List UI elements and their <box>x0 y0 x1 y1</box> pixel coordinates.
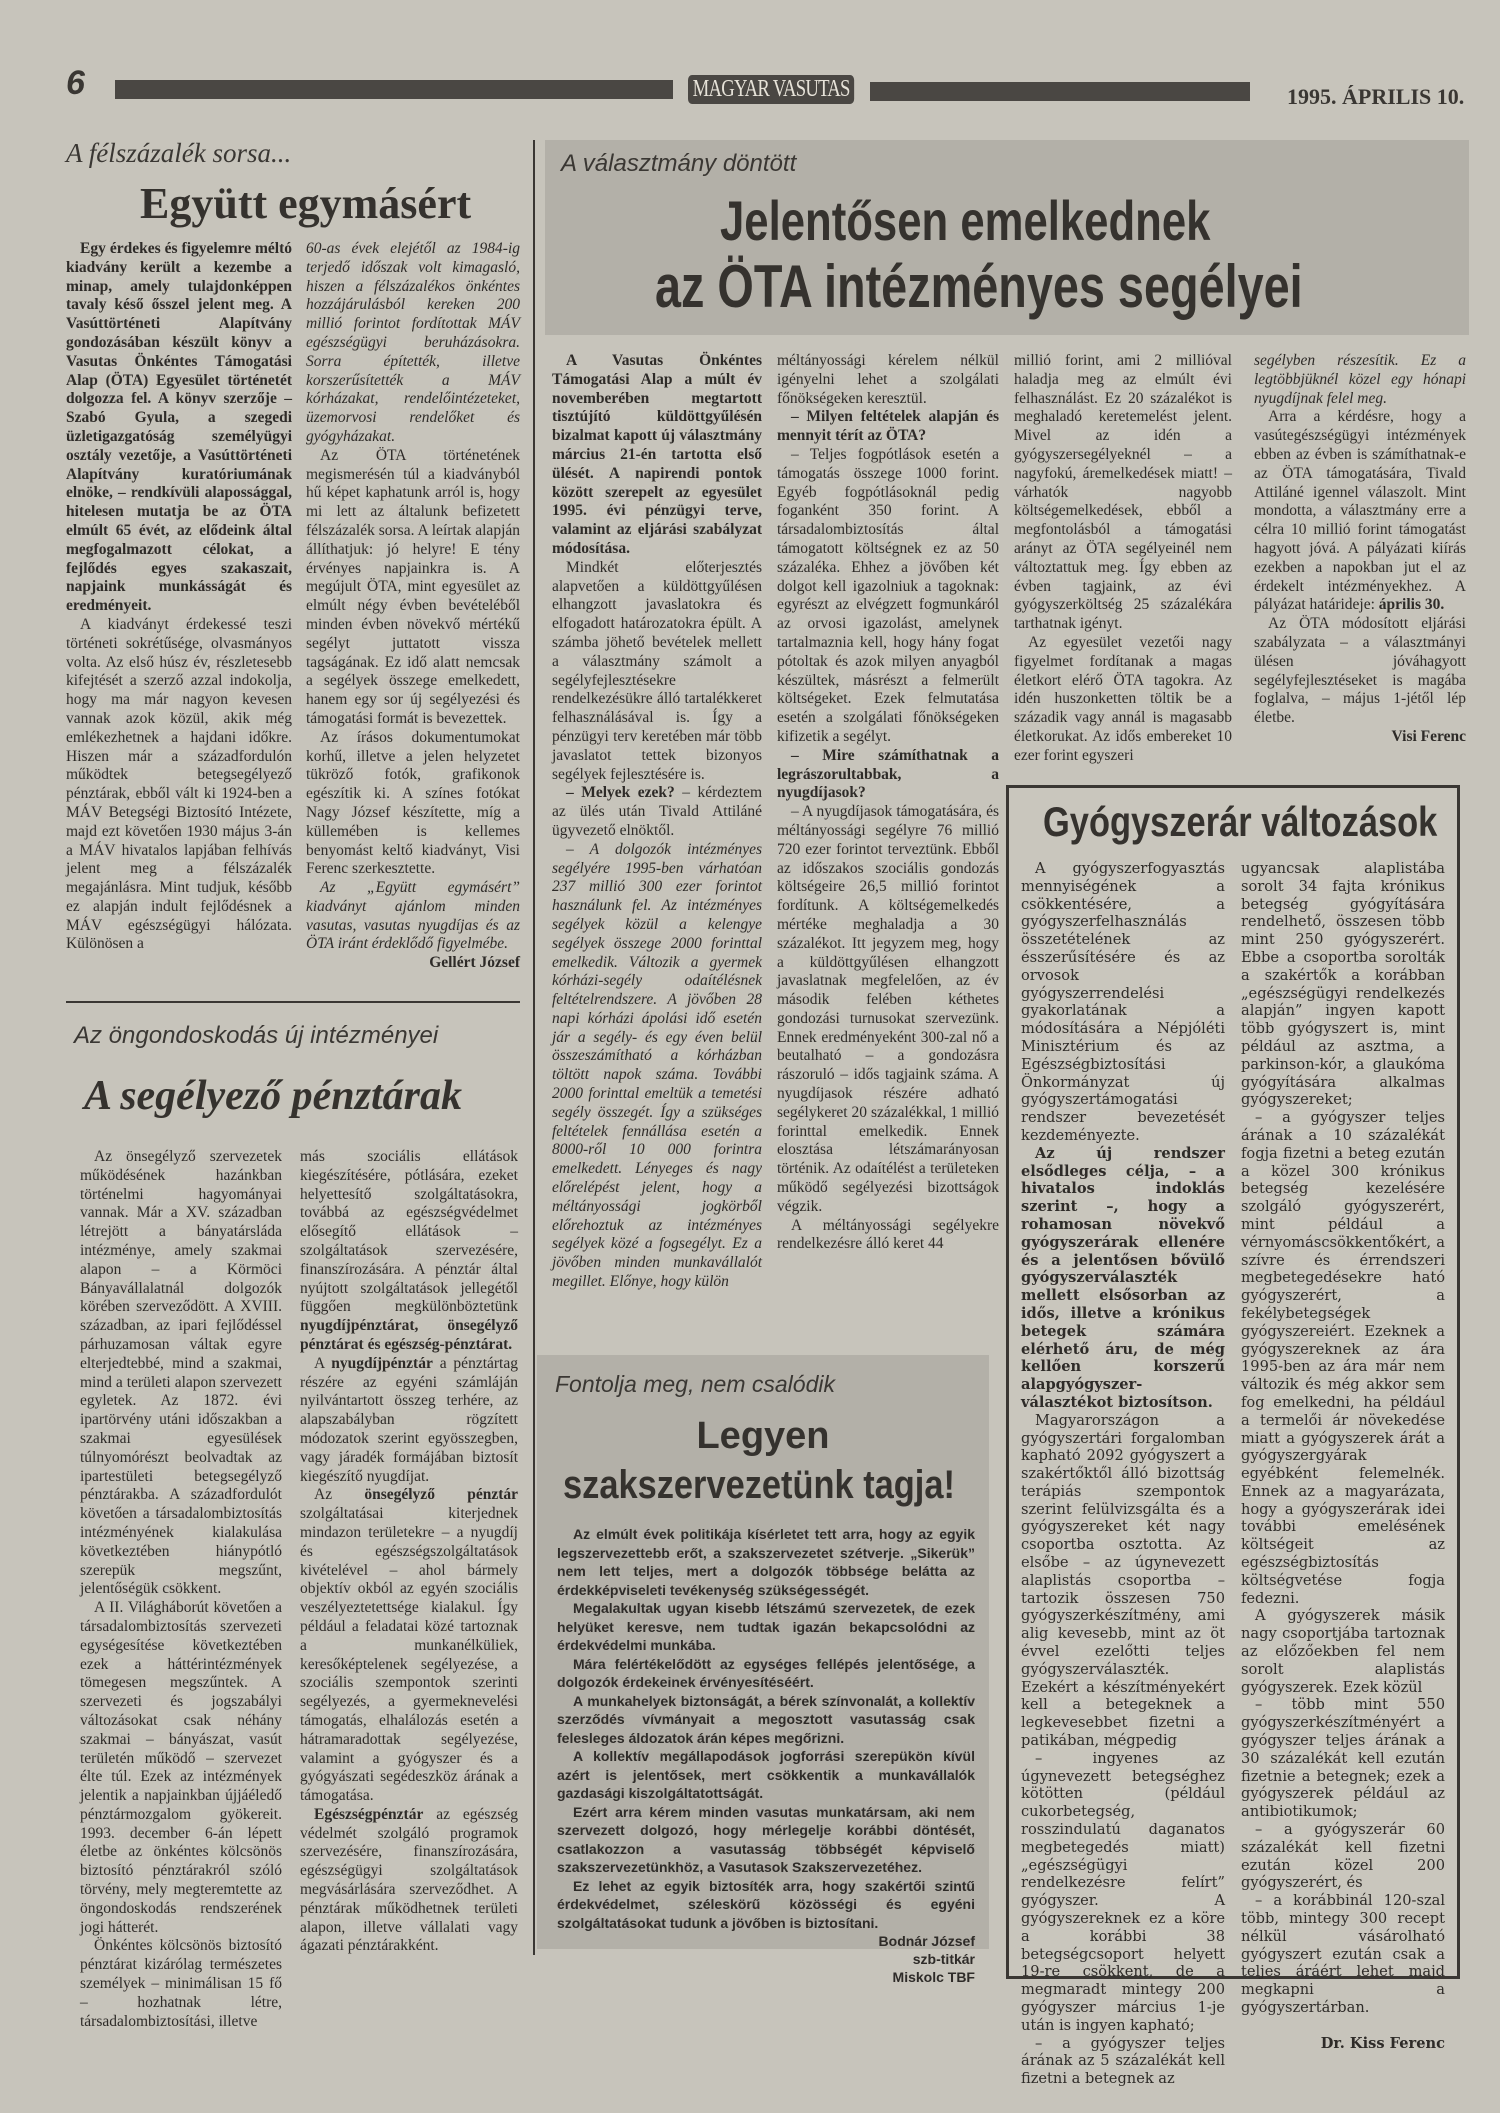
article3-paragraph: millió forint, ami 2 millióval haladja m… <box>1014 352 1232 634</box>
article3-deadline: április 30. <box>1379 596 1444 613</box>
article1-kicker: A félszázalék sorsa... <box>66 138 291 169</box>
article4-paragraph: Az elmúlt évek politikája kísérletet tet… <box>557 1525 975 1599</box>
article1-author: Gellért József <box>306 954 520 973</box>
article3-paragraph: Az ÖTA módosított eljárási szabályzata –… <box>1254 615 1466 728</box>
article4-paragraph: A kollektív megállapodások jogforrási sz… <box>557 1747 975 1803</box>
article2-paragraph: A II. Világháborút követően a társadalom… <box>80 1599 282 1937</box>
article4-paragraph: Megalakultak ugyan kisebb létszámú szerv… <box>557 1599 975 1655</box>
article4-paragraph: Ezért arra kérem minden vasutas munkatár… <box>557 1803 975 1877</box>
article2-paragraph: Önkéntes kölcsönös biztosító pénztárat k… <box>80 1937 282 2031</box>
article3-text: Arra a kérdésre, hogy a vasútegészségügy… <box>1254 408 1466 613</box>
article4-kicker: Fontolja meg, nem csalódik <box>555 1371 835 1398</box>
article4-paragraph: Mára felértékelődött az egységes fellépé… <box>557 1655 975 1692</box>
column-divider <box>533 140 535 1955</box>
article4-author-name: Bodnár József <box>557 1932 975 1950</box>
article5-paragraph: Magyarországon a gyógyszertári forgalomb… <box>1021 1412 1225 1750</box>
article2-column-1: Az önsegélyző szervezetek működésének ha… <box>80 1148 282 2031</box>
article5-author: Dr. Kiss Ferenc <box>1241 2035 1445 2053</box>
article3-answer: – Teljes fogpótlások esetén a támogatás … <box>777 446 999 747</box>
article2-term-pension-fund: nyugdíjpénztár <box>331 1355 433 1372</box>
article3-paragraph: Mindkét előterjesztés alapvetően a küldö… <box>552 559 762 785</box>
article1-column-2: 60-as évek elejétől az 1984-ig terjedő i… <box>306 240 520 973</box>
article2-title: A segélyező pénztárak <box>84 1072 462 1120</box>
article5-paragraph: A gyógyszerfogyasztás mennyiségének a cs… <box>1021 860 1225 1145</box>
article5-paragraph: A gyógyszerek másik nagy csoportjába tar… <box>1241 1607 1445 1696</box>
article1-column-1: Egy érdekes és figyelemre méltó kiadvány… <box>66 240 292 954</box>
article3-paragraph: A méltányossági segélyekre rendelkezésre… <box>777 1217 999 1255</box>
article1-paragraph: 60-as évek elejétől az 1984-ig terjedő i… <box>306 240 520 447</box>
article5-paragraph: Az új rendszer elsődleges célja, – a hiv… <box>1021 1145 1225 1412</box>
section-divider <box>66 1001 520 1003</box>
article4-title-line2: szakszervezetünk tagja! <box>563 1463 955 1508</box>
article5-paragraph: – a gyógyszerár 60 százalékát kell fizet… <box>1241 1821 1445 1892</box>
article3-paragraph: segélyben részesítik. Ez a legtöbbjüknél… <box>1254 352 1466 408</box>
article4-paragraph: A munkahelyek biztonságát, a bérek színv… <box>557 1692 975 1748</box>
article1-paragraph: A kiadványt érdekessé teszi történeti so… <box>66 616 292 954</box>
page-number: 6 <box>66 64 85 103</box>
article3-headline-box: A választmány döntött Jelentősen emelked… <box>545 140 1469 335</box>
issue-date: 1995. ÁPRILIS 10. <box>1287 84 1464 110</box>
article4-author-org: Miskolc TBF <box>557 1968 975 1986</box>
article2-fund-types: nyugdíjpénztárat, önsegélyző pénztárat é… <box>300 1317 518 1353</box>
article3-paragraph: méltányossági kérelem nélkül igényelni l… <box>777 352 999 408</box>
article4-title-line1: Legyen <box>537 1415 989 1458</box>
article5-paragraph: – a gyógyszer teljes árának a 10 százalé… <box>1241 1109 1445 1607</box>
article3-question: – Milyen feltételek alapján és mennyit t… <box>777 408 999 446</box>
article5-box: Gyógyszerár változások A gyógyszerfogyas… <box>1006 785 1460 1979</box>
article4-body: Az elmúlt évek politikája kísérletet tet… <box>557 1525 975 1986</box>
article4-box: Fontolja meg, nem csalódik Legyen szaksz… <box>537 1355 989 1949</box>
article2-text: a pénztártag részére az egyéni számláján… <box>300 1355 518 1485</box>
article5-column-1: A gyógyszerfogyasztás mennyiségének a cs… <box>1021 860 1225 2088</box>
article2-text: az egészség védelmét szolgáló programok … <box>300 1806 518 1955</box>
article3-title-line1: Jelentősen emelkednek <box>720 188 1210 253</box>
masthead-rule-left <box>115 80 673 99</box>
article4-author-role: szb-titkár <box>557 1950 975 1968</box>
article2-text: más szociális ellátások kiegészítésére, … <box>300 1148 518 1315</box>
masthead-rule-right <box>870 82 1250 101</box>
article5-column-2: ugyancsak alaplistába sorolt 34 fajta kr… <box>1241 860 1445 2053</box>
article1-title: Együtt egymásért <box>140 178 471 229</box>
article3-answer: – A dolgozók intézményes segélyére 1995-… <box>552 841 762 1292</box>
article1-paragraph: Az „Együtt egymásért” kiadványt ajánlom … <box>306 879 520 954</box>
article3-column-1: A Vasutas Önkéntes Támogatási Alap a múl… <box>552 352 762 1292</box>
article3-column-2: méltányossági kérelem nélkül igényelni l… <box>777 352 999 1254</box>
article2-text: A <box>314 1355 331 1372</box>
article2-text: Az <box>314 1486 364 1503</box>
article5-paragraph: – a gyógyszer teljes árának az 5 százalé… <box>1021 2035 1225 2088</box>
article3-question: – Mire számíthatnak a legrászorultabbak,… <box>777 747 999 803</box>
article5-title: Gyógyszerár változások <box>1043 798 1437 846</box>
article2-term-selfhelp-fund: önsegélyző pénztár <box>364 1486 518 1503</box>
publication-logo: MAGYAR VASUTAS <box>688 75 854 104</box>
article1-paragraph: Az ÖTA történetének megismerésén túl a k… <box>306 447 520 729</box>
article3-lead: A Vasutas Önkéntes Támogatási Alap a múl… <box>552 352 762 559</box>
article1-paragraph: Az írásos dokumentumokat korhű, illetve … <box>306 729 520 879</box>
article5-paragraph: – a korábbinál 120-szal több, mintegy 30… <box>1241 1892 1445 2017</box>
article5-paragraph: – több mint 550 gyógyszerkészítményért a… <box>1241 1696 1445 1821</box>
article2-paragraph: Az önsegélyző szervezetek működésének ha… <box>80 1148 282 1599</box>
article3-paragraph: Az egyesület vezetői nagy figyelmet ford… <box>1014 634 1232 766</box>
article4-paragraph: Ez lehet az egyik biztosíték arra, hogy … <box>557 1877 975 1933</box>
article3-kicker: A választmány döntött <box>561 150 796 178</box>
article3-author: Visi Ferenc <box>1254 728 1466 747</box>
article2-column-2: más szociális ellátások kiegészítésére, … <box>300 1148 518 1956</box>
article2-term-health-fund: Egészségpénztár <box>314 1806 423 1823</box>
article2-kicker: Az öngondoskodás új intézményei <box>74 1022 438 1050</box>
article3-title-line2: az ÖTA intézményes segélyei <box>655 252 1303 321</box>
article3-question: – Melyek ezek? <box>566 784 675 801</box>
article3-answer: – A nyugdíjasok támogatására, és méltány… <box>777 803 999 1217</box>
article5-paragraph: – ingyenes az úgynevezett betegséghez kö… <box>1021 1750 1225 2035</box>
article2-text: szolgáltatásai kiterjednek mindazon terü… <box>300 1505 518 1804</box>
article1-lead: Egy érdekes és figyelemre méltó kiadvány… <box>66 240 292 616</box>
article3-column-4: segélyben részesítik. Ez a legtöbbjüknél… <box>1254 352 1466 747</box>
article3-column-3: millió forint, ami 2 millióval haladja m… <box>1014 352 1232 766</box>
article5-paragraph: ugyancsak alaplistába sorolt 34 fajta kr… <box>1241 860 1445 1109</box>
